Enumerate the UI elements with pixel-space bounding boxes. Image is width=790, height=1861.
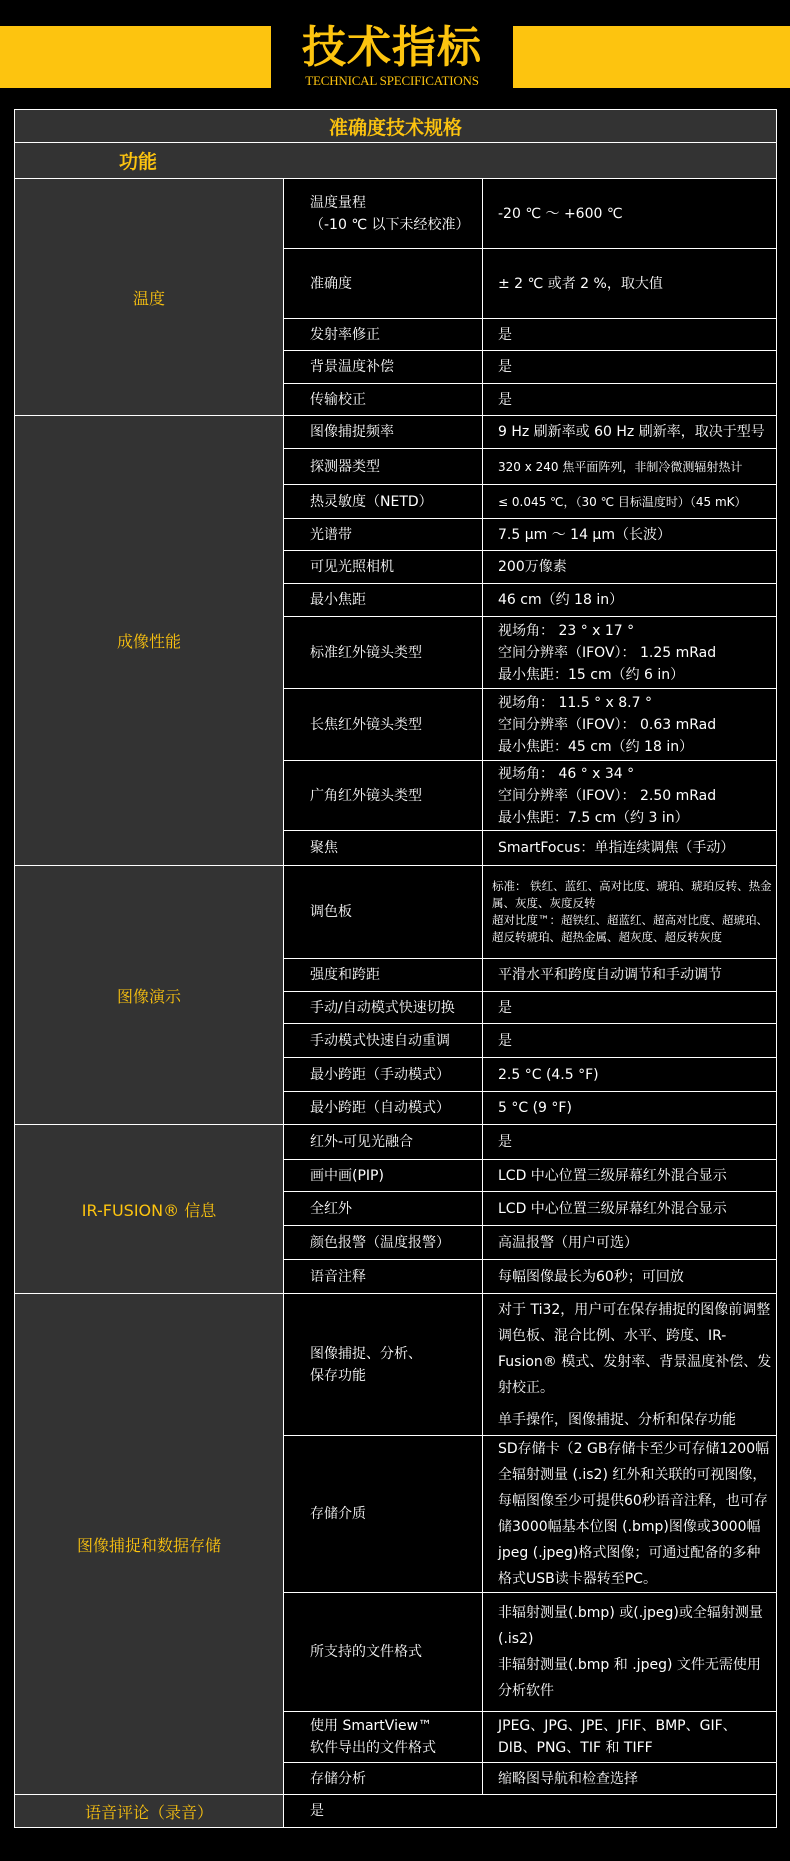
spec-value: 每幅图像最长为60秒；可回放	[498, 1266, 772, 1288]
spec-name-cell: 图像捕捉、分析、保存功能	[284, 1294, 483, 1436]
spec-name: 最小跨距（手动模式）	[310, 1064, 482, 1086]
spec-value: 7.5 μm ～ 14 μm（长波）	[498, 524, 772, 546]
spec-table: 准确度技术规格 功能 温度温度量程（-10 ℃ 以下未经校准）-20 ℃ ～ +…	[14, 109, 777, 1828]
spec-value: 高温报警（用户可选）	[498, 1232, 772, 1254]
spec-value-cell: 视场角： 11.5 ° x 8.7 °空间分辨率（IFOV）： 0.63 mRa…	[483, 689, 777, 761]
spec-value: 视场角： 46 ° x 34 °	[498, 763, 772, 785]
spec-name: 调色板	[310, 901, 482, 923]
table-row: 图像捕捉和数据存储图像捕捉、分析、保存功能对于 Ti32，用户可在保存捕捉的图像…	[15, 1294, 777, 1436]
spec-value-cell: 46 cm（约 18 in）	[483, 584, 777, 617]
category-cell: 温度	[15, 179, 284, 416]
spec-value: 是	[498, 1131, 772, 1153]
spec-value-cell: SD存储卡（2 GB存储卡至少可存储1200幅全辐射测量 (.is2) 红外和关…	[483, 1436, 777, 1593]
spec-value-cell: -20 ℃ ～ +600 ℃	[483, 179, 777, 249]
spec-value-cell: LCD 中心位置三级屏幕红外混合显示	[483, 1192, 777, 1226]
spec-name-cell: 所支持的文件格式	[284, 1593, 483, 1712]
spec-name-cell: 手动模式快速自动重调	[284, 1024, 483, 1058]
spec-value: 视场角： 23 ° x 17 °	[498, 620, 772, 642]
spec-name-cell: 最小跨距（自动模式）	[284, 1092, 483, 1125]
table-row: 温度温度量程（-10 ℃ 以下未经校准）-20 ℃ ～ +600 ℃	[15, 179, 777, 249]
spec-name-cell: 传输校正	[284, 384, 483, 416]
spec-value-cell: SmartFocus：单指连续调焦（手动）	[483, 831, 777, 866]
spec-value: JPEG、JPG、JPE、JFIF、BMP、GIF、DIB、PNG、TIF 和 …	[498, 1715, 772, 1759]
spec-name-cell: 存储介质	[284, 1436, 483, 1593]
category-cell: 图像捕捉和数据存储	[15, 1294, 284, 1795]
spec-name-cell: 画中画(PIP)	[284, 1160, 483, 1192]
spec-name: 探测器类型	[310, 456, 482, 478]
spec-value-cell: 标准： 铁红、蓝红、高对比度、琥珀、琥珀反转、热金属、灰度、灰度反转超对比度™：…	[483, 866, 777, 959]
spec-value-cell: JPEG、JPG、JPE、JFIF、BMP、GIF、DIB、PNG、TIF 和 …	[483, 1712, 777, 1763]
spec-name: 保存功能	[310, 1365, 482, 1387]
spec-value: 单手操作，图像捕捉、分析和保存功能	[498, 1407, 772, 1433]
spec-value: 空间分辨率（IFOV）： 2.50 mRad	[498, 785, 772, 807]
spec-name-cell: 广角红外镜头类型	[284, 761, 483, 831]
spec-name: 标准红外镜头类型	[310, 642, 482, 664]
spec-value-cell: 是	[483, 351, 777, 384]
spec-name-cell: 图像捕捉频率	[284, 416, 483, 449]
spec-name-cell: 长焦红外镜头类型	[284, 689, 483, 761]
spec-value-cell: 是	[483, 384, 777, 416]
spec-name: 所支持的文件格式	[310, 1641, 482, 1663]
page-title: 技术指标	[271, 22, 513, 74]
table-header: 准确度技术规格	[15, 110, 777, 143]
spec-value-cell: 7.5 μm ～ 14 μm（长波）	[483, 519, 777, 551]
spec-name: 温度量程	[310, 192, 482, 214]
category-cell: IR-FUSION® 信息	[15, 1125, 284, 1294]
spec-value: -20 ℃ ～ +600 ℃	[498, 203, 772, 225]
spec-value: 缩略图导航和检查选择	[498, 1768, 772, 1790]
spec-value-cell: 是	[483, 1024, 777, 1058]
spec-name: 最小焦距	[310, 589, 482, 611]
spec-name: 全红外	[310, 1198, 482, 1220]
spec-name-cell: 背景温度补偿	[284, 351, 483, 384]
spec-name-cell: 使用 SmartView™软件导出的文件格式	[284, 1712, 483, 1763]
spec-value-cell: 200万像素	[483, 551, 777, 584]
spec-value-cell: LCD 中心位置三级屏幕红外混合显示	[483, 1160, 777, 1192]
spec-value-cell: 缩略图导航和检查选择	[483, 1763, 777, 1795]
spec-name: 光谱带	[310, 524, 482, 546]
page-subtitle: TECHNICAL SPECIFICATIONS	[271, 73, 513, 89]
spec-value: 最小焦距：7.5 cm（约 3 in）	[498, 807, 772, 829]
spec-name: 软件导出的文件格式	[310, 1737, 482, 1759]
spec-name: 传输校正	[310, 389, 482, 411]
spec-value: 超对比度™：超铁红、超蓝红、超高对比度、超琥珀、超反转琥珀、超热金属、超灰度、超…	[492, 912, 772, 946]
spec-name: 聚焦	[310, 837, 482, 859]
spec-name: 颜色报警（温度报警）	[310, 1232, 482, 1254]
spec-name: 强度和跨距	[310, 964, 482, 986]
spec-name-cell: 调色板	[284, 866, 483, 959]
spec-name-cell: 发射率修正	[284, 319, 483, 351]
spec-value-cell: 高温报警（用户可选）	[483, 1226, 777, 1260]
spec-value: LCD 中心位置三级屏幕红外混合显示	[498, 1198, 772, 1220]
spec-name: 手动/自动模式快速切换	[310, 997, 482, 1019]
spec-name: 手动模式快速自动重调	[310, 1030, 482, 1052]
spec-name: 广角红外镜头类型	[310, 785, 482, 807]
spec-value: ≤ 0.045 ℃，（30 ℃ 目标温度时）（45 mK）	[498, 491, 772, 513]
spec-value: 空间分辨率（IFOV）： 1.25 mRad	[498, 642, 772, 664]
spec-name: 发射率修正	[310, 324, 482, 346]
spec-value: SmartFocus：单指连续调焦（手动）	[498, 837, 772, 859]
function-label: 功能	[15, 143, 777, 179]
spec-name: 图像捕捉、分析、	[310, 1343, 482, 1365]
spec-value: 320 x 240 焦平面阵列，非制冷微测辐射热计	[498, 456, 772, 478]
spec-value: 标准： 铁红、蓝红、高对比度、琥珀、琥珀反转、热金属、灰度、灰度反转	[492, 878, 772, 912]
spec-value: LCD 中心位置三级屏幕红外混合显示	[498, 1165, 772, 1187]
banner-left-stripe	[0, 26, 271, 88]
spec-value: 是	[498, 997, 772, 1019]
spec-name: （-10 ℃ 以下未经校准）	[310, 214, 482, 236]
spec-value-cell: 9 Hz 刷新率或 60 Hz 刷新率，取决于型号	[483, 416, 777, 449]
spec-value: 平滑水平和跨度自动调节和手动调节	[498, 964, 772, 986]
spec-name: 图像捕捉频率	[310, 421, 482, 443]
spec-value: 9 Hz 刷新率或 60 Hz 刷新率，取决于型号	[498, 421, 772, 443]
spec-value-cell: 非辐射测量(.bmp) 或(.jpeg)或全辐射测量(.is2)非辐射测量(.b…	[483, 1593, 777, 1712]
spec-name-cell: 颜色报警（温度报警）	[284, 1226, 483, 1260]
spec-name: 热灵敏度（NETD）	[310, 491, 482, 513]
spec-name-cell: 温度量程（-10 ℃ 以下未经校准）	[284, 179, 483, 249]
spec-name: 存储分析	[310, 1768, 482, 1790]
spec-name: 背景温度补偿	[310, 356, 482, 378]
category-cell: 成像性能	[15, 416, 284, 866]
spec-value-cell: 视场角： 23 ° x 17 °空间分辨率（IFOV）： 1.25 mRad最小…	[483, 617, 777, 689]
category-cell: 图像演示	[15, 866, 284, 1125]
spec-value: 是	[498, 324, 772, 346]
spec-name: 语音注释	[310, 1266, 482, 1288]
spec-value-cell: 每幅图像最长为60秒；可回放	[483, 1260, 777, 1294]
banner-right-stripe	[513, 26, 790, 88]
spec-name-cell: 准确度	[284, 249, 483, 319]
spec-name: 画中画(PIP)	[310, 1165, 482, 1187]
spec-name-cell: 强度和跨距	[284, 959, 483, 992]
spec-name: 准确度	[310, 273, 482, 295]
spec-value-cell: 是	[483, 992, 777, 1024]
table-row: 语音评论（录音）是	[15, 1795, 777, 1828]
category-cell-voice-comment: 语音评论（录音）	[15, 1795, 284, 1828]
spec-value-cell: 2.5 °C (4.5 °F)	[483, 1058, 777, 1092]
spec-name: 长焦红外镜头类型	[310, 714, 482, 736]
spec-value: 46 cm（约 18 in）	[498, 589, 772, 611]
spec-name-cell: 可见光照相机	[284, 551, 483, 584]
spec-value: 空间分辨率（IFOV）： 0.63 mRad	[498, 714, 772, 736]
spec-name-cell: 聚焦	[284, 831, 483, 866]
spec-value: 非辐射测量(.bmp) 或(.jpeg)或全辐射测量(.is2)	[498, 1600, 772, 1652]
spec-value-cell: 是	[483, 319, 777, 351]
spec-name-cell: 手动/自动模式快速切换	[284, 992, 483, 1024]
spec-value: 5 °C (9 °F)	[498, 1097, 772, 1119]
spec-name-cell: 语音注释	[284, 1260, 483, 1294]
spec-value-cell: ≤ 0.045 ℃，（30 ℃ 目标温度时）（45 mK）	[483, 485, 777, 519]
table-row: 图像演示调色板标准： 铁红、蓝红、高对比度、琥珀、琥珀反转、热金属、灰度、灰度反…	[15, 866, 777, 959]
spec-value-cell: ± 2 ℃ 或者 2 %，取大值	[483, 249, 777, 319]
spec-value-cell: 5 °C (9 °F)	[483, 1092, 777, 1125]
spec-name-cell: 全红外	[284, 1192, 483, 1226]
spec-name-cell: 光谱带	[284, 519, 483, 551]
spec-value: 最小焦距：15 cm（约 6 in）	[498, 664, 772, 686]
spec-value: 是	[498, 389, 772, 411]
spec-value: ± 2 ℃ 或者 2 %，取大值	[498, 273, 772, 295]
spec-value: 是	[498, 356, 772, 378]
spec-name-cell: 热灵敏度（NETD）	[284, 485, 483, 519]
spec-name: 红外-可见光融合	[310, 1131, 482, 1153]
spec-value: 最小焦距：45 cm（约 18 in）	[498, 736, 772, 758]
spec-name: 最小跨距（自动模式）	[310, 1097, 482, 1119]
spec-name-cell: 存储分析	[284, 1763, 483, 1795]
spec-name-cell: 标准红外镜头类型	[284, 617, 483, 689]
spec-value-cell: 平滑水平和跨度自动调节和手动调节	[483, 959, 777, 992]
spec-value: 视场角： 11.5 ° x 8.7 °	[498, 692, 772, 714]
spec-value-voice-comment: 是	[284, 1795, 777, 1828]
spec-value: SD存储卡（2 GB存储卡至少可存储1200幅全辐射测量 (.is2) 红外和关…	[498, 1436, 772, 1592]
spec-value: 非辐射测量(.bmp 和 .jpeg) 文件无需使用分析软件	[498, 1652, 772, 1704]
spec-value-cell: 是	[483, 1125, 777, 1160]
spec-name: 存储介质	[310, 1503, 482, 1525]
spec-value-cell: 视场角： 46 ° x 34 °空间分辨率（IFOV）： 2.50 mRad最小…	[483, 761, 777, 831]
spec-value: 200万像素	[498, 556, 772, 578]
spec-value: 对于 Ti32，用户可在保存捕捉的图像前调整调色板、混合比例、水平、跨度、IR-…	[498, 1297, 772, 1401]
spec-name: 使用 SmartView™	[310, 1715, 482, 1737]
table-row: 成像性能图像捕捉频率9 Hz 刷新率或 60 Hz 刷新率，取决于型号	[15, 416, 777, 449]
spec-name: 可见光照相机	[310, 556, 482, 578]
spec-name-cell: 最小跨距（手动模式）	[284, 1058, 483, 1092]
spec-name-cell: 最小焦距	[284, 584, 483, 617]
spec-value-cell: 对于 Ti32，用户可在保存捕捉的图像前调整调色板、混合比例、水平、跨度、IR-…	[483, 1294, 777, 1436]
spec-name-cell: 红外-可见光融合	[284, 1125, 483, 1160]
spec-value: 是	[498, 1030, 772, 1052]
spec-value-cell: 320 x 240 焦平面阵列，非制冷微测辐射热计	[483, 449, 777, 485]
table-row: IR-FUSION® 信息红外-可见光融合是	[15, 1125, 777, 1160]
spec-value: 2.5 °C (4.5 °F)	[498, 1064, 772, 1086]
spec-name-cell: 探测器类型	[284, 449, 483, 485]
